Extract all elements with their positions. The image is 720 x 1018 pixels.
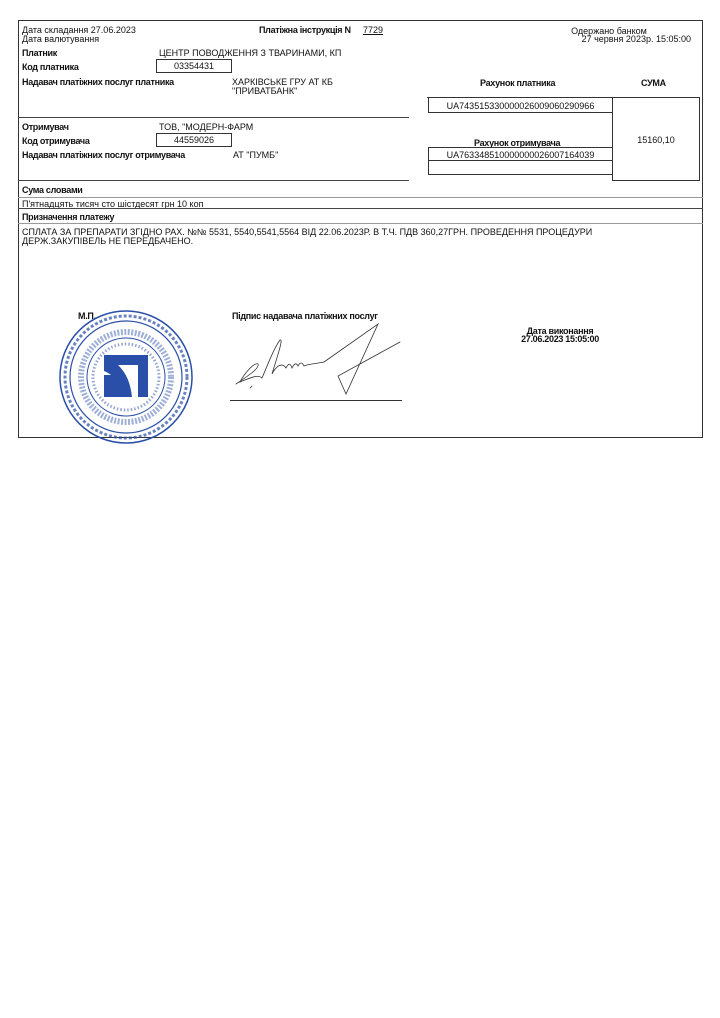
payer-account-field: UA743515330000026009060290966 bbox=[428, 97, 613, 113]
recipient-code-label: Код отримувача bbox=[22, 136, 90, 146]
divider bbox=[18, 208, 703, 209]
divider bbox=[18, 223, 703, 224]
signature-icon bbox=[228, 318, 403, 398]
payer-name: ЦЕНТР ПОВОДЖЕННЯ З ТВАРИНАМИ, КП bbox=[159, 48, 341, 58]
divider bbox=[18, 117, 409, 118]
received-datetime: 27 червня 2023р. 15:05:00 bbox=[582, 34, 691, 44]
amount-label: СУМА bbox=[641, 78, 666, 88]
instruction-number: 7729 bbox=[363, 25, 383, 35]
payer-provider-line2: "ПРИВАТБАНК" bbox=[232, 86, 297, 96]
bank-stamp-icon bbox=[58, 309, 194, 445]
recipient-account-field: UA763348510000000026007164039 bbox=[428, 147, 613, 161]
execution-datetime: 27.06.2023 15:05:00 bbox=[490, 334, 630, 344]
amount-field: 15160,10 bbox=[612, 97, 700, 181]
amount-words-label: Сума словами bbox=[22, 185, 83, 195]
purpose-line2: ДЕРЖ.ЗАКУПІВЕЛЬ НЕ ПЕРЕДБАЧЕНО. bbox=[22, 236, 193, 246]
divider bbox=[18, 197, 703, 198]
signature-line bbox=[230, 400, 402, 401]
payer-account-label: Рахунок платника bbox=[480, 78, 555, 88]
instruction-title: Платіжна інструкція N bbox=[259, 25, 351, 35]
recipient-account-extra-field bbox=[428, 160, 613, 175]
payer-code-field: 03354431 bbox=[156, 59, 232, 73]
payer-provider-label: Надавач платіжних послуг платника bbox=[22, 77, 174, 87]
payer-code-label: Код платника bbox=[22, 62, 79, 72]
recipient-provider: АТ "ПУМБ" bbox=[233, 150, 278, 160]
recipient-code-field: 44559026 bbox=[156, 133, 232, 147]
purpose-label: Призначення платежу bbox=[22, 212, 114, 222]
payer-label: Платник bbox=[22, 48, 57, 58]
value-date-label: Дата валютування bbox=[22, 34, 99, 44]
recipient-label: Отримувач bbox=[22, 122, 69, 132]
recipient-name: ТОВ, "МОДЕРН-ФАРМ bbox=[159, 122, 253, 132]
recipient-provider-label: Надавач платіжних послуг отримувача bbox=[22, 150, 185, 160]
divider bbox=[18, 180, 409, 181]
